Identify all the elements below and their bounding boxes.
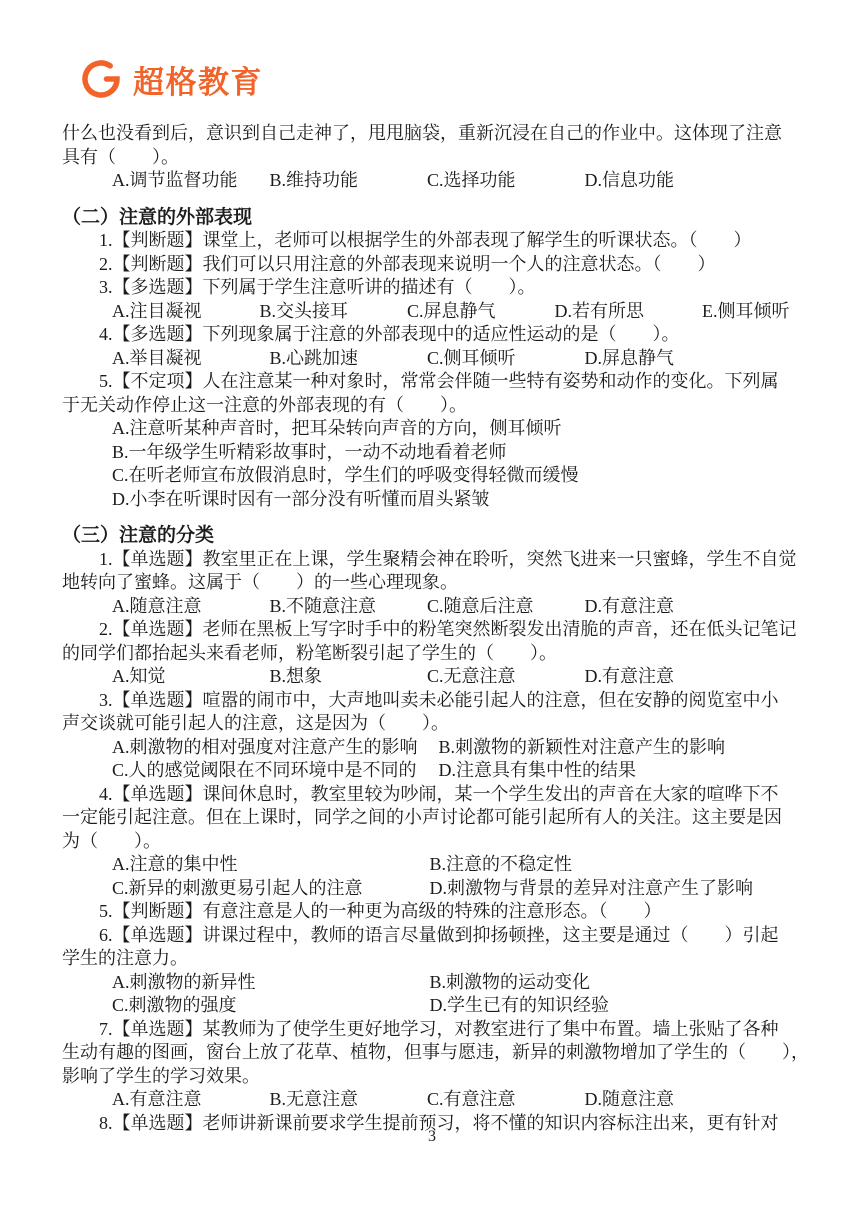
option-item: C.屏息静气 [407,300,550,324]
s3-q4-line: 4.【单选题】课间休息时，教室里较为吵闹，某一个学生发出的声音在大家的喧哗下不 [62,783,822,807]
option-item: C.随意后注意 [427,595,580,619]
option-item: A.刺激物的新异性 [112,971,425,995]
option-line: C.在听老师宣布放假消息时，学生们的呼吸变得轻微而缓慢 [62,464,822,488]
option-item: A.注意的集中性 [112,853,425,877]
option-item: B.交头接耳 [260,300,403,324]
logo: 超格教育 [78,56,263,102]
option-item: E.侧耳倾听 [702,300,845,324]
s3-q4-continuation-line: 一定能引起注意。但在上课时，同学之间的小声讨论都可能引起所有人的关注。这主要是因 [62,806,822,830]
option-item: D.屏息静气 [585,347,738,371]
option-item: A.随意注意 [112,595,265,619]
option-item: C.刺激物的强度 [112,994,425,1018]
s2-q2-line: 2.【判断题】我们可以只用注意的外部表现来说明一个人的注意状态。（ ） [62,253,822,277]
option-item: C.侧耳倾听 [427,347,580,371]
s3-q6-continuation-line: 学生的注意力。 [62,947,822,971]
s3-q4-continuation-line: 为（ ）。 [62,830,822,854]
s3-q3-options-row-cd: C.人的感觉阈限在不同环境中是不同的 D.注意具有集中性的结果 [62,759,822,783]
option-item: C.无意注意 [427,665,580,689]
option-item: D.有意注意 [585,665,738,689]
s3-q1-line: 1.【单选题】教室里正在上课，学生聚精会神在聆听，突然飞进来一只蜜蜂，学生不自觉 [62,548,822,572]
s3-q7-options-row: A.有意注意 B.无意注意 C.有意注意 D.随意注意 [62,1088,822,1112]
logo-text: 超格教育 [133,57,263,102]
s2-q3-options-row: A.注目凝视 B.交头接耳 C.屏息静气 D.若有所思 E.侧耳倾听 [62,300,822,324]
option-item: A.注目凝视 [112,300,255,324]
option-item: D.注意具有集中性的结果 [439,759,637,783]
section3-heading: （三）注意的分类 [62,524,822,548]
option-item: A.知觉 [112,665,265,689]
option-item: D.学生已有的知识经验 [430,994,610,1018]
page-number: 3 [0,1128,864,1146]
s3-q3-line: 3.【单选题】喧嚣的闹市中，大声地叫卖未必能引起人的注意，但在安静的阅览室中小 [62,689,822,713]
option-item: B.注意的不稳定性 [430,853,573,877]
option-item: D.随意注意 [585,1088,738,1112]
s3-q1-options-row: A.随意注意 B.不随意注意 C.随意后注意 D.有意注意 [62,595,822,619]
s3-q2-line: 2.【单选题】老师在黑板上写字时手中的粉笔突然断裂发出清脆的声音，还在低头记笔记 [62,618,822,642]
option-line: B.一年级学生听精彩故事时，一动不动地看着老师 [62,441,822,465]
document-body: 什么也没看到后，意识到自己走神了，甩甩脑袋，重新沉浸在自己的作业中。这体现了注意… [62,122,822,1135]
option-item: A.有意注意 [112,1088,265,1112]
option-item: D.刺激物与背景的差异对注意产生了影响 [430,877,754,901]
intro-options-row: A.调节监督功能 B.维持功能 C.选择功能 D.信息功能 [62,169,822,193]
s3-q1-continuation-line: 地转向了蜜蜂。这属于（ ）的一些心理现象。 [62,571,822,595]
option-item: C.人的感觉阈限在不同环境中是不同的 [112,759,434,783]
s2-q4-line: 4.【多选题】下列现象属于注意的外部表现中的适应性运动的是（ ）。 [62,323,822,347]
s3-q3-continuation-line: 声交谈就可能引起人的注意，这是因为（ ）。 [62,712,822,736]
option-line: A.注意听某种声音时，把耳朵转向声音的方向，侧耳倾听 [62,417,822,441]
option-item: B.想象 [270,665,423,689]
option-item: B.无意注意 [270,1088,423,1112]
s3-q7-continuation-line: 生动有趣的图画，窗台上放了花草、植物，但事与愿违，新异的刺激物增加了学生的（ ）… [62,1041,822,1065]
s2-q3-line: 3.【多选题】下列属于学生注意听讲的描述有（ ）。 [62,276,822,300]
option-item: C.选择功能 [427,169,580,193]
option-item: B.维持功能 [270,169,423,193]
option-item: B.不随意注意 [270,595,423,619]
s3-q6-options-row-cd: C.刺激物的强度 D.学生已有的知识经验 [62,994,822,1018]
option-item: A.举目凝视 [112,347,265,371]
option-item: A.刺激物的相对强度对注意产生的影响 [112,736,434,760]
s2-q5-continuation-line: 于无关动作停止这一注意的外部表现的有（ ）。 [62,394,822,418]
intro-continuation-line: 具有（ ）。 [62,146,822,170]
s3-q2-options-row: A.知觉 B.想象 C.无意注意 D.有意注意 [62,665,822,689]
s3-q4-options-row-cd: C.新异的刺激更易引起人的注意 D.刺激物与背景的差异对注意产生了影响 [62,877,822,901]
option-item: C.有意注意 [427,1088,580,1112]
option-item: D.信息功能 [585,169,738,193]
s2-q1-line: 1.【判断题】课堂上，老师可以根据学生的外部表现了解学生的听课状态。（ ） [62,229,822,253]
option-item: B.心跳加速 [270,347,423,371]
option-line: D.小李在听课时因有一部分没有听懂而眉头紧皱 [62,488,822,512]
s3-q6-options-row-ab: A.刺激物的新异性 B.刺激物的运动变化 [62,971,822,995]
option-item: A.调节监督功能 [112,169,265,193]
option-item: B.刺激物的新颖性对注意产生的影响 [439,736,726,760]
s3-q5-line: 5.【判断题】有意注意是人的一种更为高级的特殊的注意形态。（ ） [62,900,822,924]
s3-q4-options-row-ab: A.注意的集中性 B.注意的不稳定性 [62,853,822,877]
option-item: D.若有所思 [555,300,698,324]
s2-q5-line: 5.【不定项】人在注意某一种对象时，常常会伴随一些特有姿势和动作的变化。下列属 [62,370,822,394]
option-item: D.有意注意 [585,595,738,619]
chaoge-g-icon [78,56,124,102]
s2-q4-options-row: A.举目凝视 B.心跳加速 C.侧耳倾听 D.屏息静气 [62,347,822,371]
s3-q7-line: 7.【单选题】某教师为了使学生更好地学习，对教室进行了集中布置。墙上张贴了各种 [62,1018,822,1042]
option-item: B.刺激物的运动变化 [430,971,591,995]
s3-q3-options-row-ab: A.刺激物的相对强度对注意产生的影响 B.刺激物的新颖性对注意产生的影响 [62,736,822,760]
s3-q7-continuation-line: 影响了学生的学习效果。 [62,1065,822,1089]
s3-q2-continuation-line: 的同学们都抬起头来看老师，粉笔断裂引起了学生的（ ）。 [62,642,822,666]
section2-heading: （二）注意的外部表现 [62,206,822,230]
s3-q6-line: 6.【单选题】讲课过程中，教师的语言尽量做到抑扬顿挫，这主要是通过（ ）引起 [62,924,822,948]
option-item: C.新异的刺激更易引起人的注意 [112,877,425,901]
intro-continuation-line: 什么也没看到后，意识到自己走神了，甩甩脑袋，重新沉浸在自己的作业中。这体现了注意 [62,122,822,146]
